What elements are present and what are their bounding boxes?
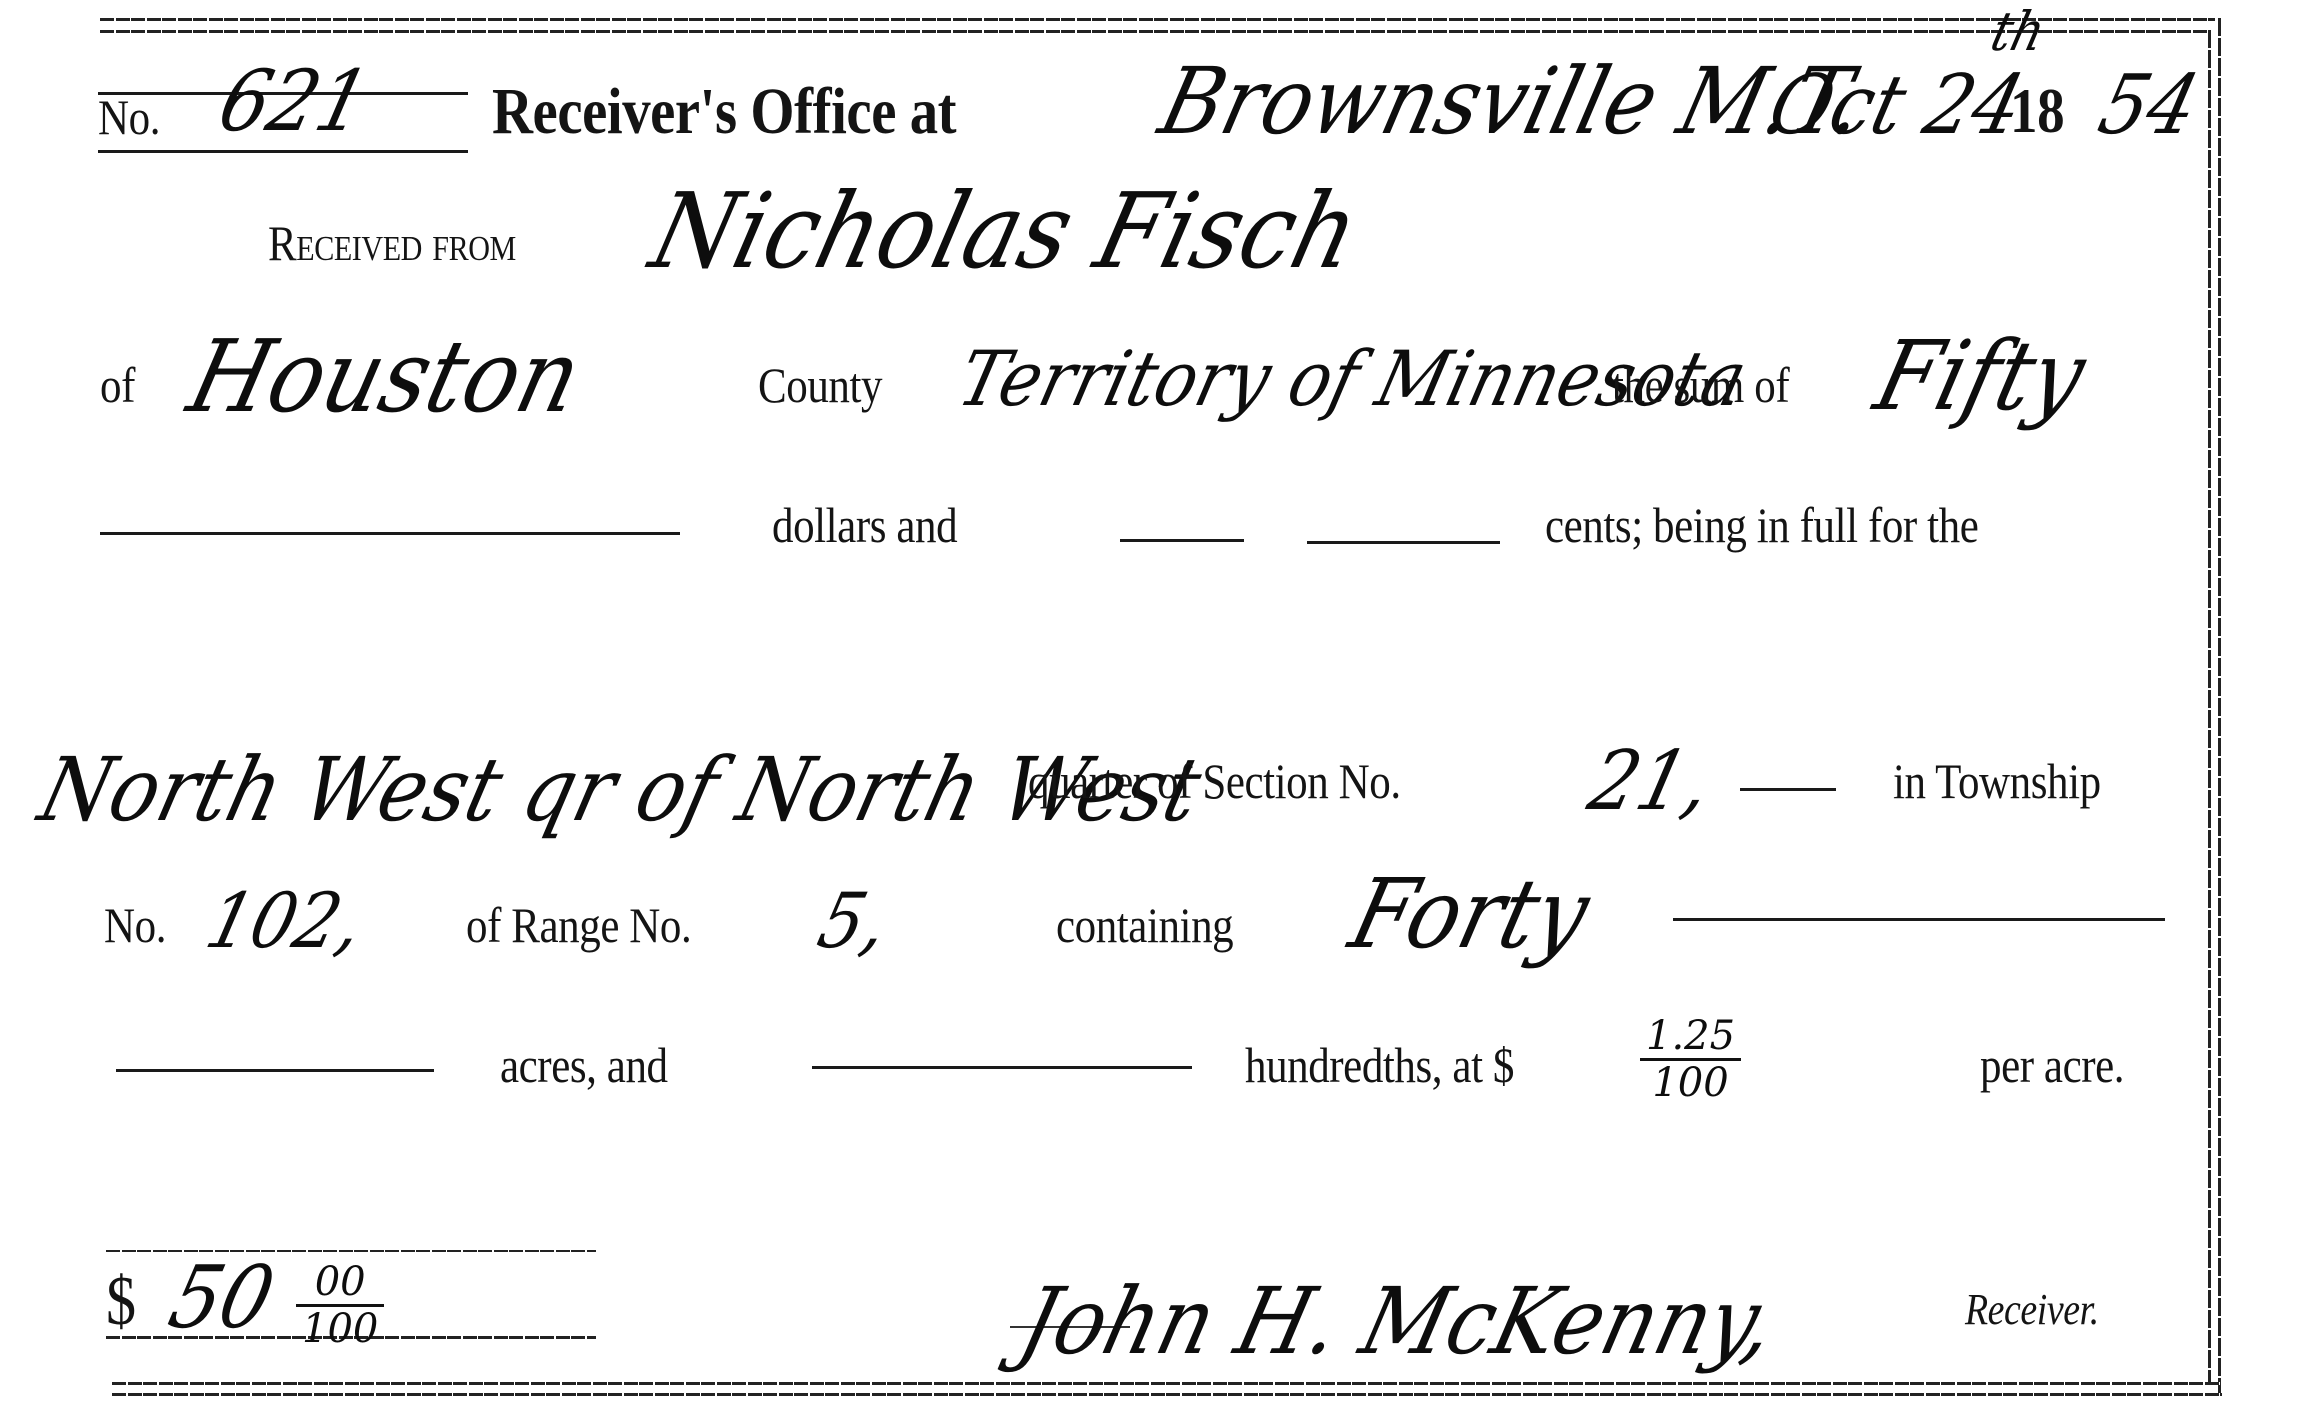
township-no-label: No. bbox=[104, 896, 166, 954]
price-fraction: 1.25 100 bbox=[1640, 1016, 1741, 1103]
hundredths-blank-rule bbox=[812, 1066, 1192, 1069]
township-number: 102, bbox=[198, 876, 372, 965]
top-border-rule-outer bbox=[100, 18, 2215, 21]
township-label: in Township bbox=[1893, 752, 2101, 810]
acres-words-blank-rule bbox=[1673, 918, 2165, 921]
receipt-number-value: 621 bbox=[210, 52, 379, 150]
acres-label: acres, and bbox=[500, 1036, 668, 1094]
total-cents: 00 100 bbox=[296, 1262, 384, 1349]
acres-blank-rule bbox=[116, 1069, 434, 1072]
county-name: Houston bbox=[178, 318, 592, 435]
receiver-title: Receiver. bbox=[1965, 1284, 2099, 1335]
range-label: of Range No. bbox=[466, 896, 691, 954]
total-dollar-sign: $ bbox=[106, 1262, 136, 1342]
receipt-number-label: No. bbox=[98, 88, 160, 146]
bottom-border-rule-inner bbox=[112, 1382, 2220, 1385]
total-cents-fraction: 00 100 bbox=[296, 1262, 384, 1349]
total-amount: 50 bbox=[160, 1248, 283, 1348]
office-heading: Receiver's Office at bbox=[492, 74, 956, 150]
date-month-day: Oct 24 bbox=[1760, 58, 2033, 153]
per-acre-label: per acre. bbox=[1980, 1036, 2124, 1094]
range-number: 5, bbox=[810, 876, 897, 965]
year-printed: 18 bbox=[2010, 74, 2064, 148]
cents-blank-rule-2 bbox=[1307, 541, 1500, 544]
received-from-label: Received from bbox=[268, 214, 516, 272]
of-label: of bbox=[100, 356, 135, 414]
total-rule-top bbox=[106, 1250, 596, 1252]
quarter-label: quarter of Section No. bbox=[1028, 752, 1401, 810]
price-denominator: 100 bbox=[1646, 1063, 1734, 1103]
payer-name: Nicholas Fisch bbox=[640, 170, 1370, 292]
right-border-outer bbox=[2218, 18, 2221, 1398]
top-border-rule-inner bbox=[100, 30, 2210, 33]
dollars-blank-rule bbox=[100, 532, 680, 535]
containing-label: containing bbox=[1056, 896, 1233, 954]
section-number: 21, bbox=[1580, 734, 1721, 829]
bottom-border-rule-outer bbox=[112, 1393, 2222, 1396]
acres-words: Forty bbox=[1340, 858, 1600, 970]
dollars-label: dollars and bbox=[772, 496, 957, 554]
county-label: County bbox=[758, 356, 882, 414]
total-cents-denominator: 100 bbox=[296, 1309, 384, 1349]
year-written: 54 bbox=[2090, 58, 2208, 153]
price-per-acre: 1.25 100 bbox=[1640, 1016, 1741, 1103]
price-numerator: 1.25 bbox=[1640, 1016, 1741, 1056]
cents-blank-rule-1 bbox=[1120, 539, 1244, 542]
receiver-signature: John H. McKenny, bbox=[1010, 1268, 1786, 1375]
receipt-number-rule-bottom bbox=[98, 150, 468, 153]
cents-label: cents; being in full for the bbox=[1545, 496, 1978, 554]
date-ordinal: th bbox=[1985, 0, 2052, 63]
right-border-inner bbox=[2208, 30, 2211, 1385]
section-blank-rule bbox=[1740, 788, 1836, 791]
sum-words: Fifty bbox=[1865, 320, 2096, 432]
sum-label: the sum of bbox=[1612, 356, 1789, 414]
hundredths-label: hundredths, at $ bbox=[1245, 1036, 1514, 1094]
total-cents-numerator: 00 bbox=[309, 1262, 372, 1302]
